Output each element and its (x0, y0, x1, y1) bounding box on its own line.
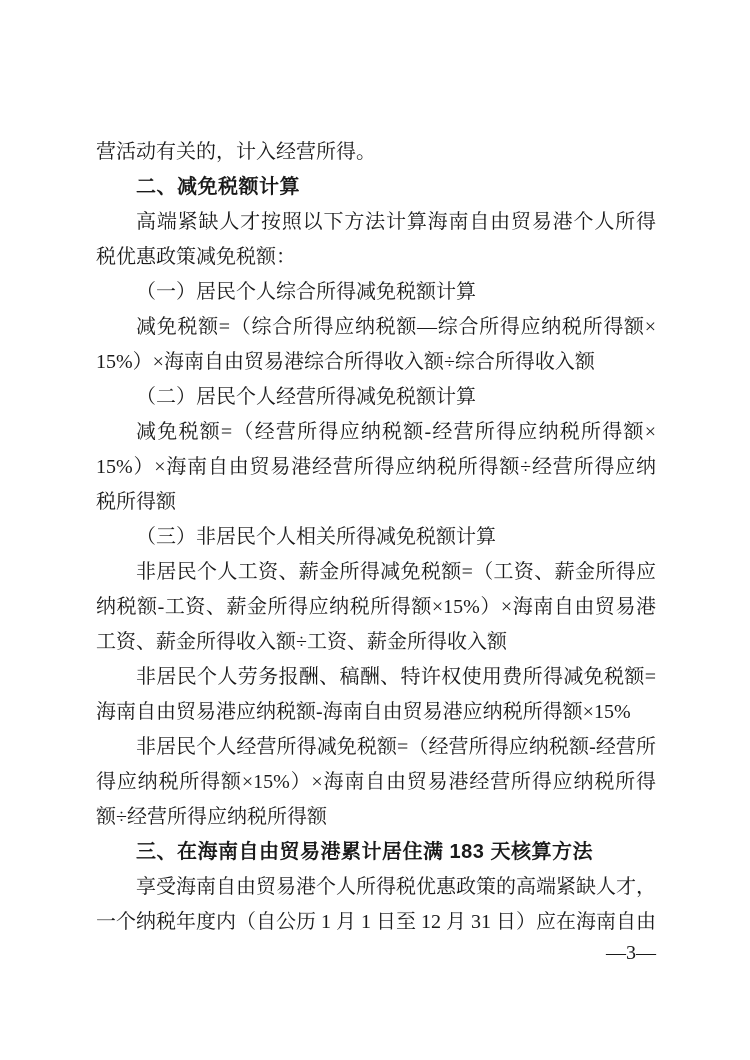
body-line: 营活动有关的，计入经营所得。 (96, 135, 656, 170)
formula-line: 15%）×海南自由贸易港综合所得收入额÷综合所得收入额 (96, 345, 656, 380)
subsection-3-title: （三）非居民个人相关所得减免税额计算 (96, 520, 656, 555)
formula-line: 海南自由贸易港应纳税额-海南自由贸易港应纳税所得额×15% (96, 695, 656, 730)
formula-line: 减免税额=（经营所得应纳税额-经营所得应纳税所得额× (96, 415, 656, 450)
body-line: 一个纳税年度内（自公历 1 月 1 日至 12 月 31 日）应在海南自由 (96, 905, 656, 940)
subsection-2-title: （二）居民个人经营所得减免税额计算 (96, 380, 656, 415)
document-page: 营活动有关的，计入经营所得。 二、减免税额计算 高端紧缺人才按照以下方法计算海南… (0, 0, 750, 1060)
page-number: —3— (606, 938, 656, 968)
section-3-heading: 三、在海南自由贸易港累计居住满 183 天核算方法 (96, 835, 656, 870)
formula-line: 非居民个人经营所得减免税额=（经营所得应纳税额-经营所 (96, 730, 656, 765)
body-line: 享受海南自由贸易港个人所得税优惠政策的高端紧缺人才， (96, 870, 656, 905)
section-2-heading: 二、减免税额计算 (96, 170, 656, 205)
formula-line: 非居民个人工资、薪金所得减免税额=（工资、薪金所得应 (96, 555, 656, 590)
formula-line: 得应纳税所得额×15%）×海南自由贸易港经营所得应纳税所得 (96, 765, 656, 800)
formula-line: 15%）×海南自由贸易港经营所得应纳税所得额÷经营所得应纳 (96, 450, 656, 485)
formula-line: 额÷经营所得应纳税所得额 (96, 800, 656, 835)
subsection-1-title: （一）居民个人综合所得减免税额计算 (96, 275, 656, 310)
formula-line: 税所得额 (96, 485, 656, 520)
formula-line: 减免税额=（综合所得应纳税额—综合所得应纳税所得额× (96, 310, 656, 345)
document-body: 营活动有关的，计入经营所得。 二、减免税额计算 高端紧缺人才按照以下方法计算海南… (96, 135, 656, 940)
formula-line: 纳税额-工资、薪金所得应纳税所得额×15%）×海南自由贸易港 (96, 590, 656, 625)
body-line: 税优惠政策减免税额： (96, 240, 656, 275)
formula-line: 工资、薪金所得收入额÷工资、薪金所得收入额 (96, 625, 656, 660)
body-line: 高端紧缺人才按照以下方法计算海南自由贸易港个人所得 (96, 205, 656, 240)
formula-line: 非居民个人劳务报酬、稿酬、特许权使用费所得减免税额= (96, 660, 656, 695)
